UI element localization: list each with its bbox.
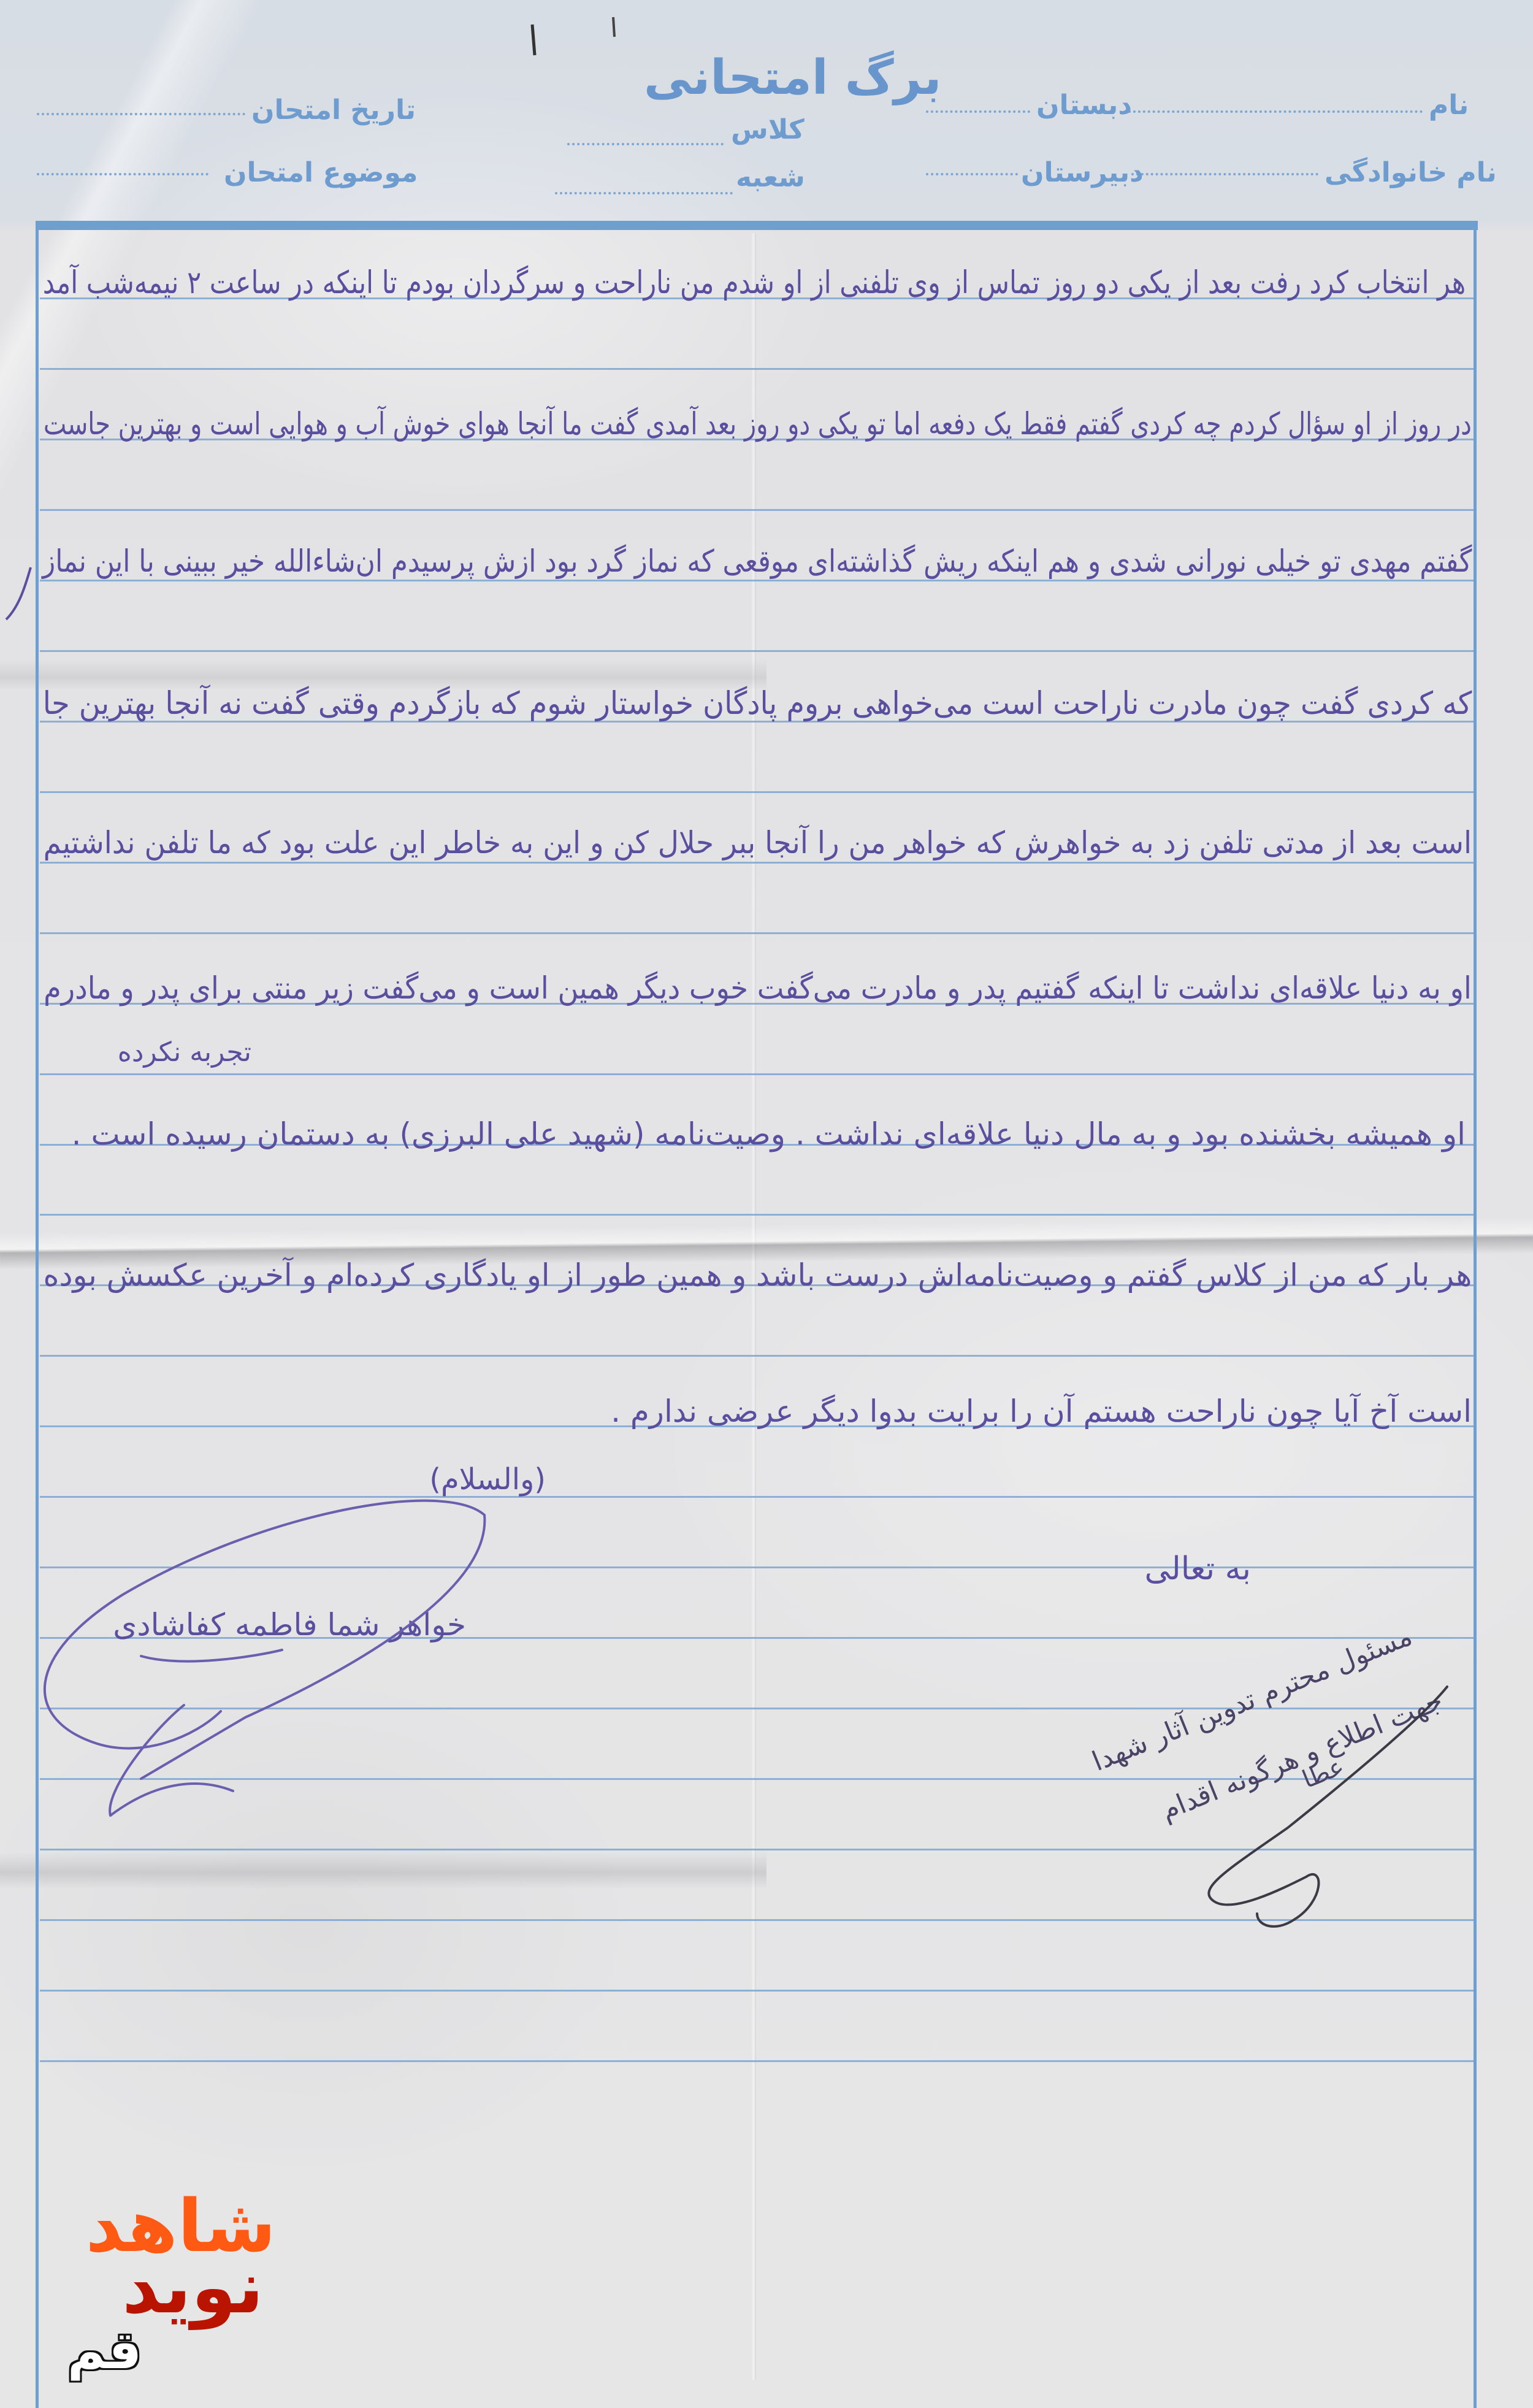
ruled-line — [40, 932, 1474, 934]
sender-signature-name: خواهر شما فاطمه کفاشادی — [113, 1607, 466, 1643]
letter-line: او به دنیا علاقه‌ای نداشت تا اینکه گفتیم… — [44, 970, 1472, 1006]
header-divider-bar — [36, 221, 1478, 230]
letter-line: است بعد از مدتی تلفن زد به خواهرش که خوا… — [44, 825, 1472, 861]
ruled-line — [40, 862, 1474, 864]
ruled-line — [40, 1214, 1474, 1216]
logo-word-qom: قم — [67, 2325, 142, 2376]
primary-school-dots — [926, 110, 1030, 113]
high-school-dots — [926, 173, 1018, 175]
ruled-line — [40, 1073, 1474, 1075]
letter-line: در روز از او سؤال کردم چه‌ کردی گفتم فقط… — [44, 406, 1472, 442]
primary-school-label: دبستان — [1036, 90, 1132, 121]
ruled-line — [40, 1919, 1474, 1921]
letter-line: هر بار که من از کلاس گفتم و وصیت‌نامه‌اش… — [43, 1257, 1472, 1293]
closing-salutation: (والسلام) — [429, 1462, 546, 1497]
ruled-line — [40, 1990, 1474, 1992]
signature-strokes — [0, 0, 1533, 2408]
letter-line: که کردی گفت چون مادرت ناراحت است می‌خواه… — [42, 686, 1472, 722]
exam-date-label: تاریخ امتحان — [251, 94, 416, 126]
letter-line: تجربه نکرده — [118, 1037, 251, 1068]
ruled-line — [40, 650, 1474, 652]
exam-date-dots — [37, 113, 245, 115]
letter-line: گفتم مهدی تو خیلی نورانی شدی و هم اینکه … — [42, 543, 1472, 579]
ruled-line — [40, 791, 1474, 793]
logo-word-navid: نوید — [122, 2251, 264, 2323]
name-label: نام — [1429, 90, 1469, 121]
letter-line: است آخ آیا چون ناراحت هستم آن را برایت ب… — [611, 1394, 1472, 1429]
ruled-line — [40, 1566, 1474, 1568]
ruled-line — [40, 1849, 1474, 1850]
section-label: شعبه — [736, 162, 805, 193]
letter-line: او همیشه بخشنده بود و به مال دنیا علاقه‌… — [72, 1116, 1466, 1152]
class-dots — [567, 143, 724, 145]
annotation-line: مسئول محترم تدوین آثار شهدا — [1088, 1620, 1416, 1777]
ruled-line — [40, 1496, 1474, 1498]
sender-signature-loop-icon — [45, 1501, 485, 1816]
ruled-line — [40, 2060, 1474, 2062]
exam-sheet-scan: برگ امتحانی نام دبستان نام خانوادگی دبیر… — [0, 0, 1533, 2408]
left-margin-line — [36, 228, 39, 2408]
high-school-label: دبیرستان — [1021, 157, 1144, 188]
name-field-dots — [1128, 110, 1423, 113]
family-name-dots — [1131, 173, 1318, 175]
ruled-line — [40, 580, 1474, 581]
ruled-line — [40, 509, 1474, 511]
family-name-label: نام خانوادگی — [1325, 157, 1497, 188]
annotation-heading: به تعالی — [1145, 1551, 1251, 1587]
section-dots — [555, 192, 733, 194]
exam-subject-label: موضوع امتحان — [224, 157, 418, 188]
ruled-line — [40, 1355, 1474, 1357]
watermark-logo: شاهد نوید قم — [67, 2190, 288, 2392]
ruled-line — [40, 368, 1474, 370]
right-margin-line — [1474, 228, 1477, 2408]
form-title: برگ امتحانی — [644, 50, 941, 105]
paper-crease — [0, 1852, 766, 1889]
class-label: کلاس — [731, 114, 805, 145]
letter-line: هر انتخاب کرد رفت بعد از یکی دو روز تماس… — [42, 265, 1466, 301]
exam-subject-dots — [37, 173, 208, 175]
